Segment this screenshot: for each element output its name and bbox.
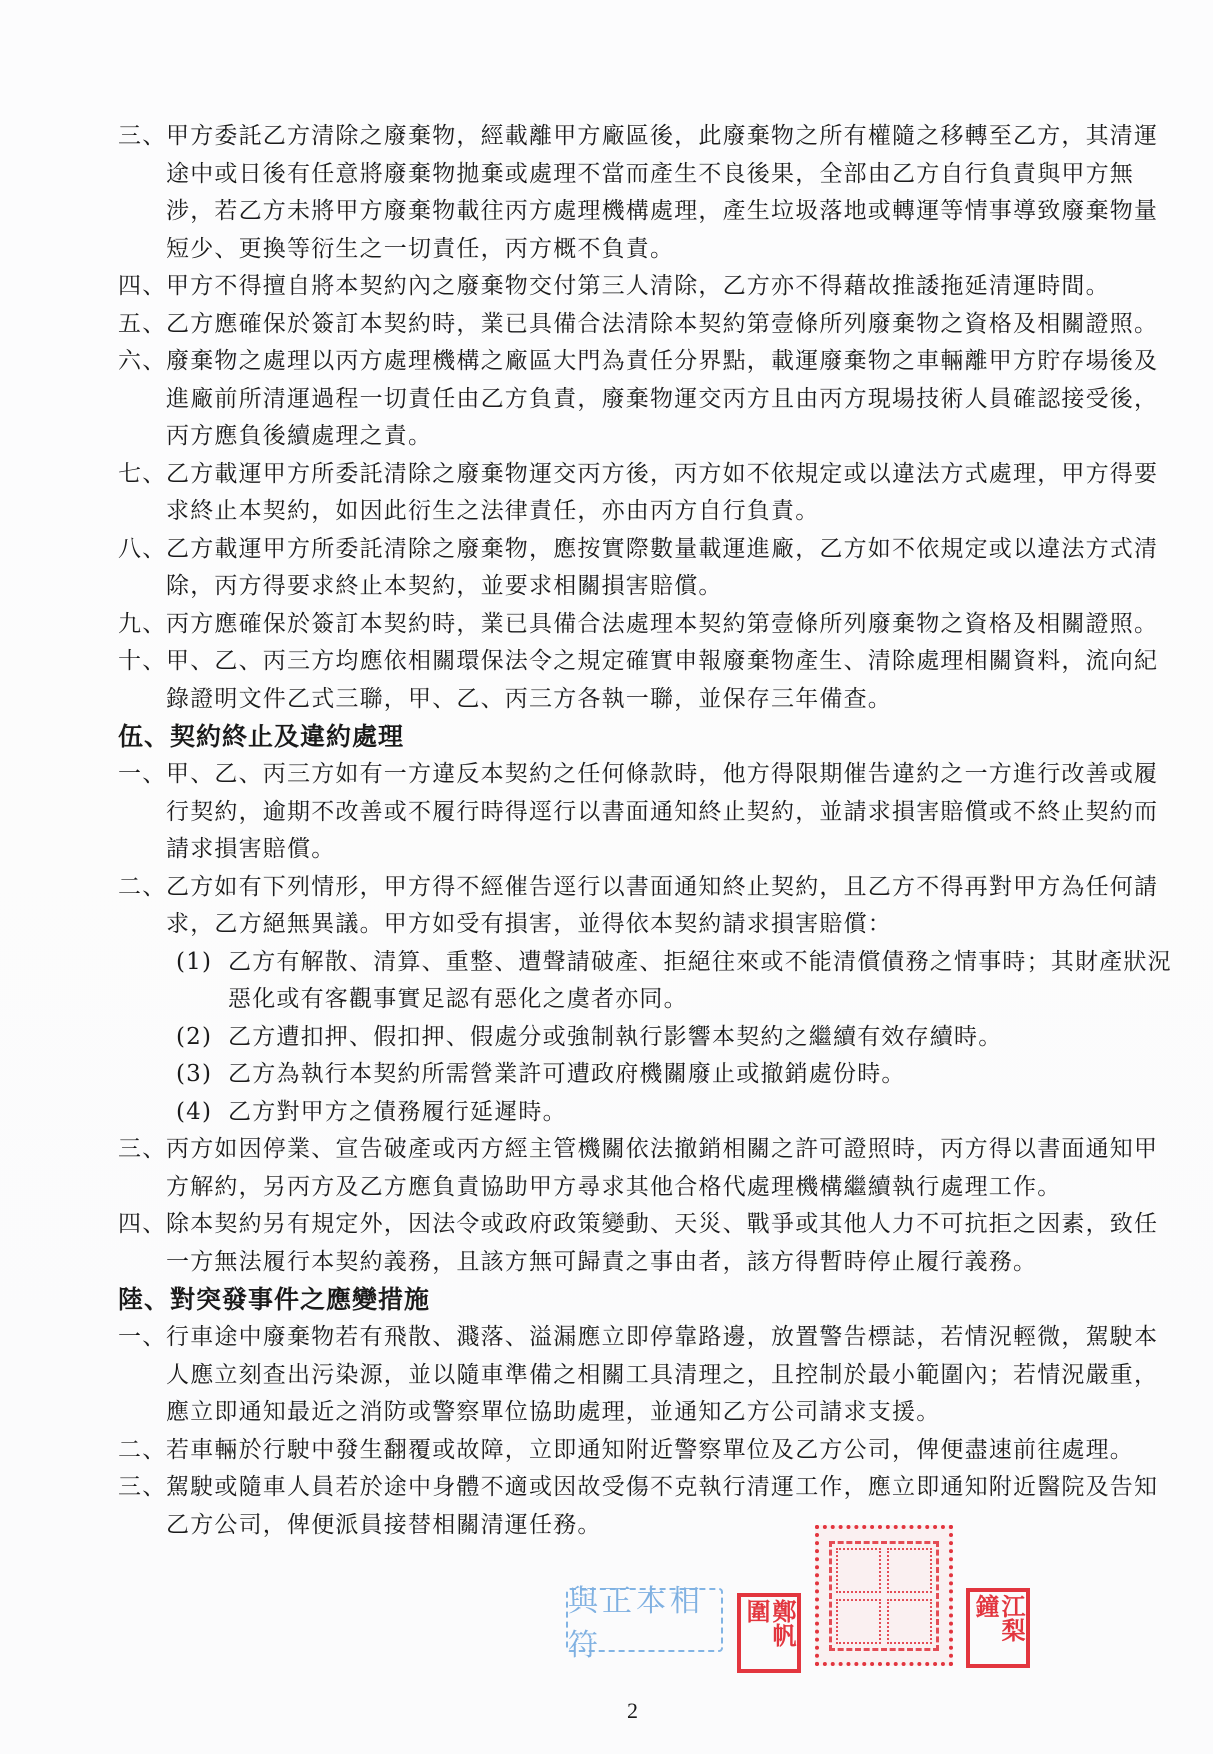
personal-seal-right: 江梨鐘 (966, 1588, 1030, 1668)
clause: 七、乙方載運甲方所委託清除之廢棄物運交丙方後，丙方如不依規定或以違法方式處理，甲… (118, 456, 1178, 531)
clause: 二、若車輛於行駛中發生翻覆或故障，立即通知附近警察單位及乙方公司，俾便盡速前往處… (118, 1432, 1178, 1470)
document-body: 三、甲方委託乙方清除之廢棄物，經載離甲方廠區後，此廢棄物之所有權隨之移轉至乙方，… (118, 118, 1178, 1544)
sub-clause: (1)乙方有解散、清算、重整、遭聲請破產、拒絕往來或不能清償債務之情事時；其財產… (118, 944, 1178, 1019)
sub-clause: (2)乙方遭扣押、假扣押、假處分或強制執行影響本契約之繼續有效存續時。 (118, 1019, 1178, 1057)
clause: 五、乙方應確保於簽訂本契約時，業已具備合法清除本契約第壹條所列廢棄物之資格及相關… (118, 306, 1178, 344)
company-seal (815, 1525, 953, 1666)
sub-clause: (4)乙方對甲方之債務履行延遲時。 (118, 1094, 1178, 1132)
clause: 三、丙方如因停業、宣告破產或丙方經主管機關依法撤銷相關之許可證照時，丙方得以書面… (118, 1131, 1178, 1206)
clause: 四、甲方不得擅自將本契約內之廢棄物交付第三人清除，乙方亦不得藉故推諉拖延清運時間… (118, 268, 1178, 306)
certified-copy-stamp: 與正本相符 (566, 1588, 723, 1652)
sub-clause: (3)乙方為執行本契約所需營業許可遭政府機關廢止或撤銷處份時。 (118, 1056, 1178, 1094)
clause: 十、甲、乙、丙三方均應依相關環保法令之規定確實申報廢棄物產生、清除處理相關資料，… (118, 643, 1178, 718)
personal-seal-left: 鄭帆圍 (737, 1593, 801, 1673)
section-title-emergency: 陸、對突發事件之應變措施 (118, 1281, 1178, 1319)
page-number: 2 (627, 1698, 638, 1724)
seal-glyph-block (887, 1599, 932, 1644)
clause: 一、行車途中廢棄物若有飛散、濺落、溢漏應立即停靠路邊，放置警告標誌，若情況輕微，… (118, 1319, 1178, 1432)
seal-glyph-block (836, 1548, 881, 1593)
clause: 二、乙方如有下列情形，甲方得不經催告逕行以書面通知終止契約，且乙方不得再對甲方為… (118, 869, 1178, 944)
seal-glyph-block (836, 1599, 881, 1644)
clause: 六、廢棄物之處理以丙方處理機構之廠區大門為責任分界點，載運廢棄物之車輛離甲方貯存… (118, 343, 1178, 456)
clause: 四、除本契約另有規定外，因法令或政府政策變動、天災、戰爭或其他人力不可抗拒之因素… (118, 1206, 1178, 1281)
section-title-termination: 伍、契約終止及違約處理 (118, 718, 1178, 756)
seal-glyph-block (887, 1548, 932, 1593)
clause: 九、丙方應確保於簽訂本契約時，業已具備合法處理本契約第壹條所列廢棄物之資格及相關… (118, 606, 1178, 644)
company-seal-pattern (829, 1541, 939, 1651)
clause: 八、乙方載運甲方所委託清除之廢棄物，應按實際數量載運進廠，乙方如不依規定或以違法… (118, 531, 1178, 606)
clause: 一、甲、乙、丙三方如有一方違反本契約之任何條款時，他方得限期催告違約之一方進行改… (118, 756, 1178, 869)
document-page: 三、甲方委託乙方清除之廢棄物，經載離甲方廠區後，此廢棄物之所有權隨之移轉至乙方，… (0, 0, 1213, 1754)
clause: 三、駕駛或隨車人員若於途中身體不適或因故受傷不克執行清運工作，應立即通知附近醫院… (118, 1469, 1178, 1544)
clause: 三、甲方委託乙方清除之廢棄物，經載離甲方廠區後，此廢棄物之所有權隨之移轉至乙方，… (118, 118, 1178, 268)
